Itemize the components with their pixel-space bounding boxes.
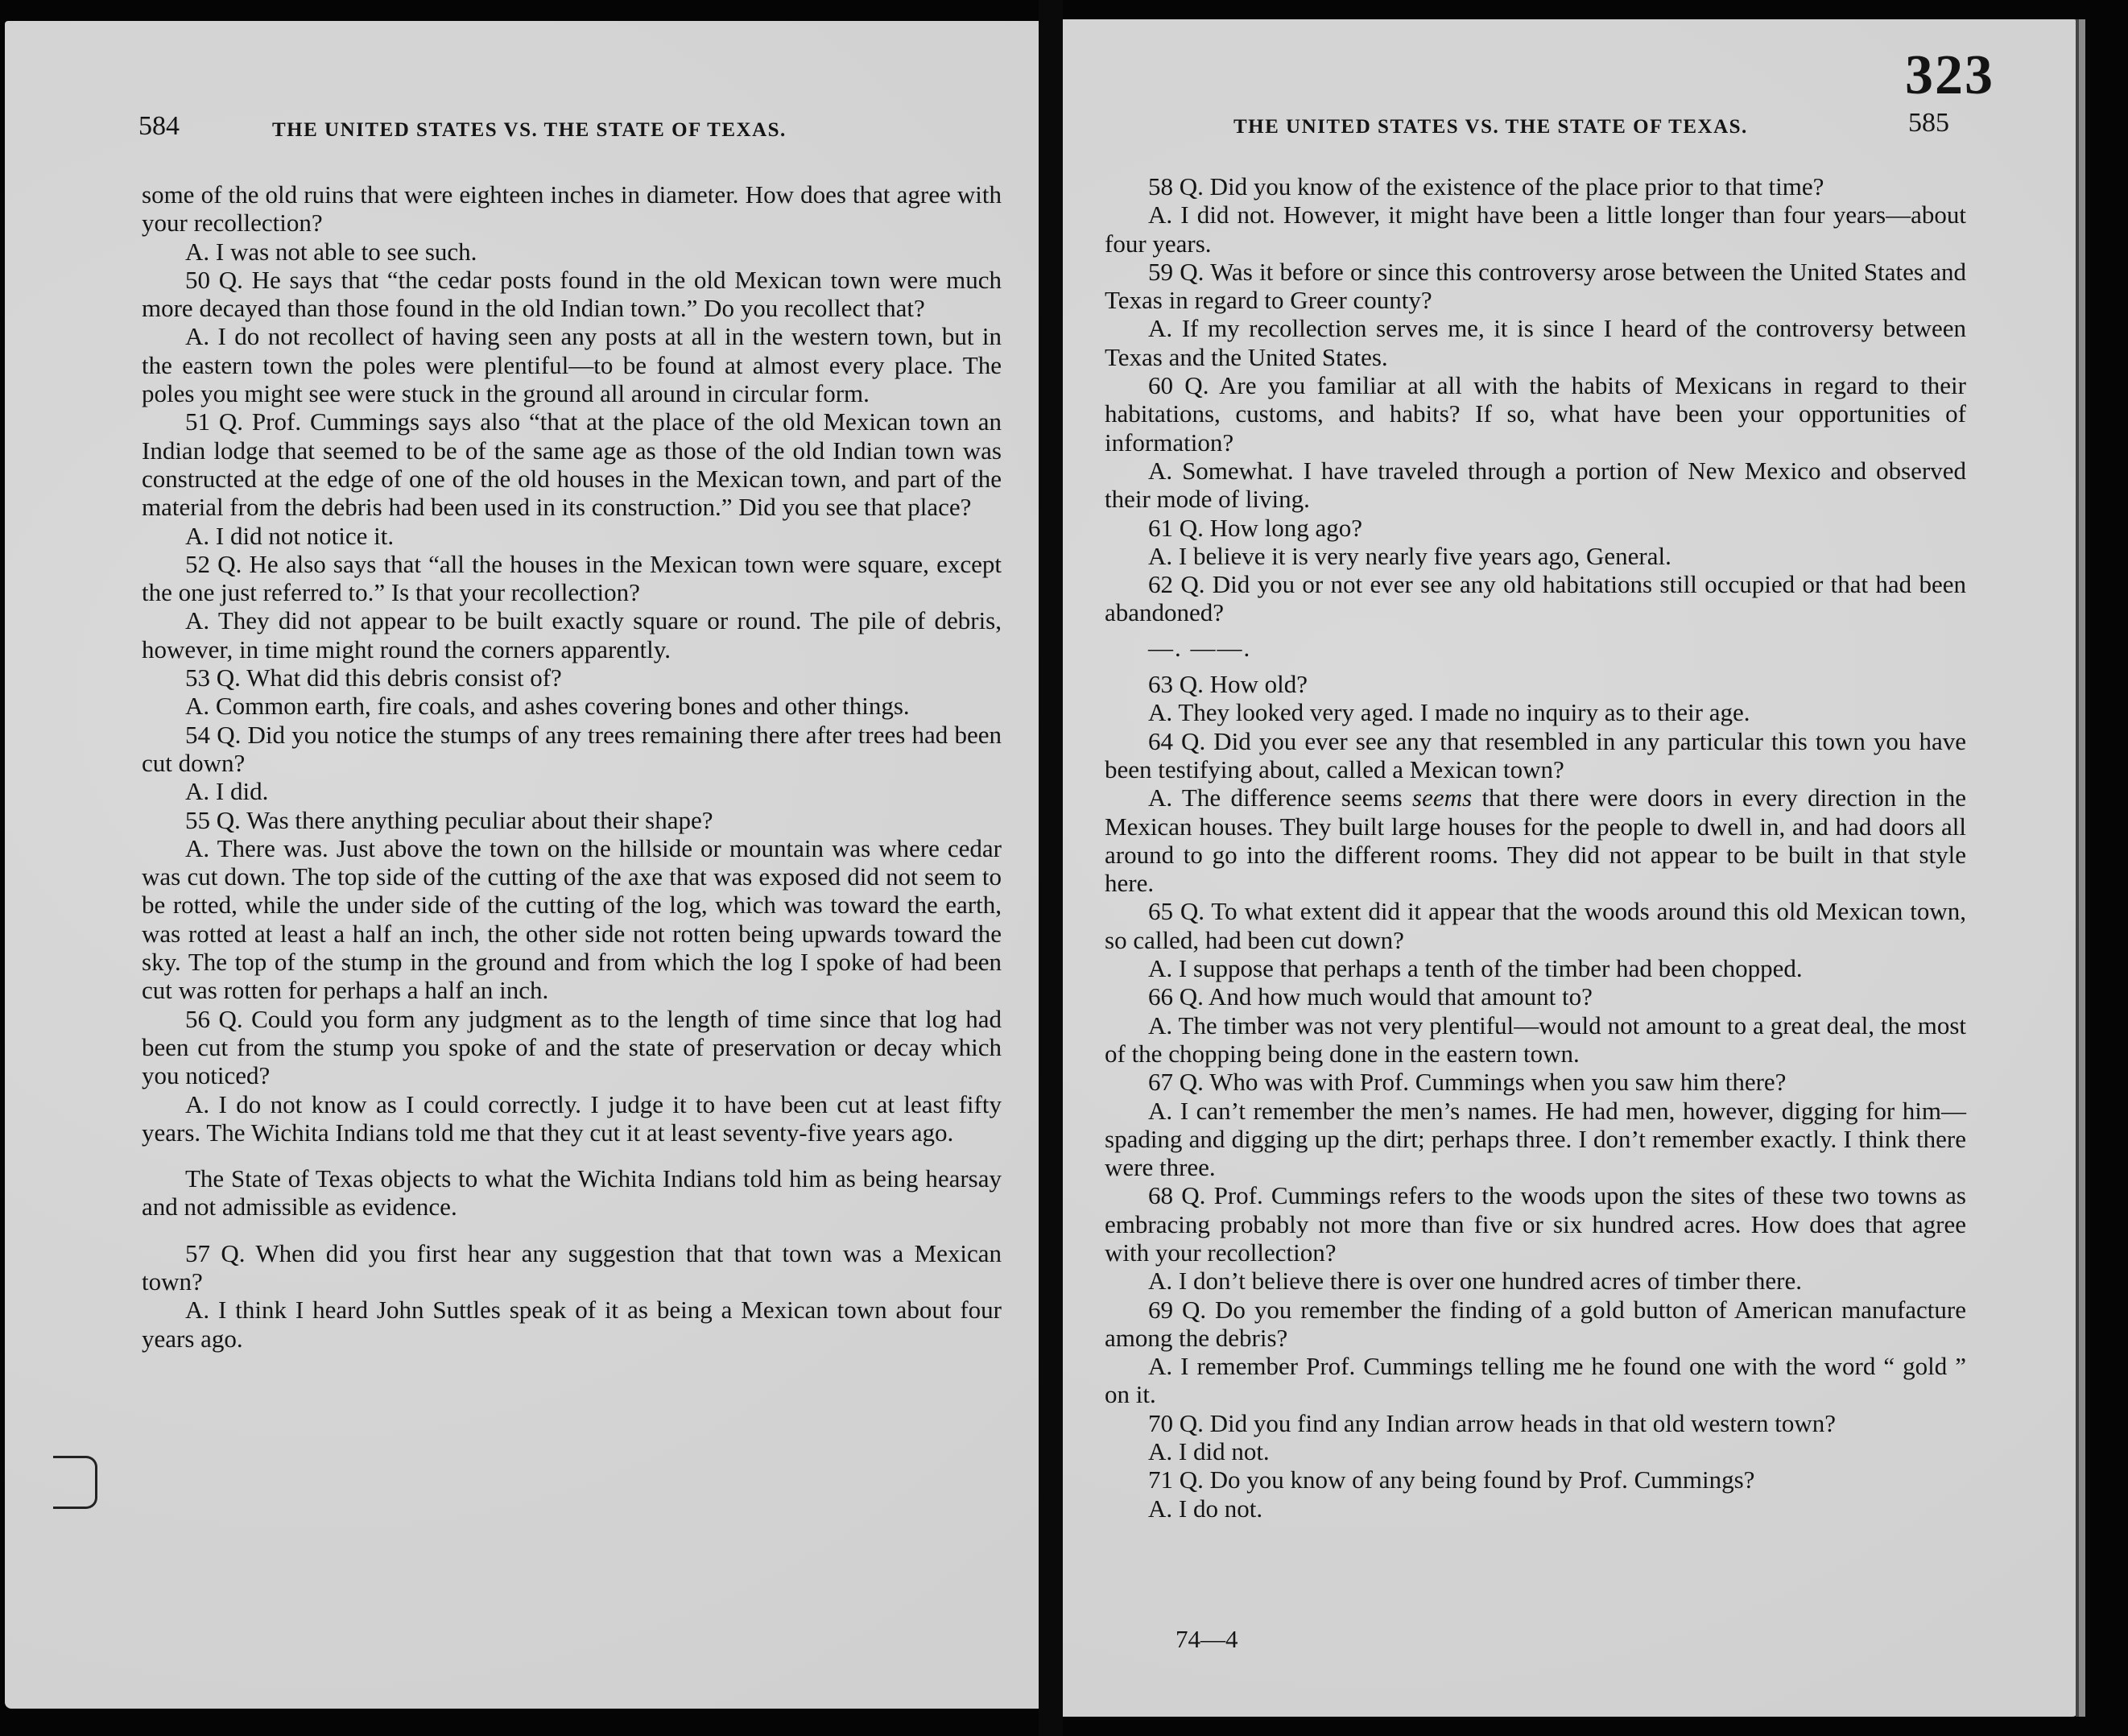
question: 61 Q. How long ago? bbox=[1105, 514, 1966, 542]
left-page: 584 THE UNITED STATES VS. THE STATE OF T… bbox=[5, 21, 1039, 1709]
question: 66 Q. And how much would that amount to? bbox=[1105, 982, 1966, 1011]
answer: A. There was. Just above the town on the… bbox=[142, 834, 1002, 1005]
page-number-right: 585 bbox=[1908, 108, 1949, 138]
answer: A. I don’t believe there is over one hun… bbox=[1105, 1267, 1966, 1295]
question: 58 Q. Did you know of the existence of t… bbox=[1105, 172, 1966, 200]
answer: A. I did not. However, it might have bee… bbox=[1105, 200, 1966, 258]
question: 57 Q. When did you first hear any sugges… bbox=[142, 1239, 1002, 1296]
answer: A. I suppose that perhaps a tenth of the… bbox=[1105, 954, 1966, 982]
question: 69 Q. Do you remember the finding of a g… bbox=[1105, 1296, 1966, 1353]
question: 64 Q. Did you ever see any that resemble… bbox=[1105, 727, 1966, 784]
question: 55 Q. Was there anything peculiar about … bbox=[142, 806, 1002, 834]
italic-correction: seems bbox=[1412, 783, 1472, 812]
left-text-column: some of the old ruins that were eighteen… bbox=[142, 180, 1002, 1353]
paragraph: some of the old ruins that were eighteen… bbox=[142, 180, 1002, 238]
running-head-left: THE UNITED STATES VS. THE STATE OF TEXAS… bbox=[272, 119, 787, 142]
question: 63 Q. How old? bbox=[1105, 670, 1966, 698]
question: 71 Q. Do you know of any being found by … bbox=[1105, 1465, 1966, 1494]
answer: A. The timber was not very plentiful—wou… bbox=[1105, 1011, 1966, 1068]
question: 67 Q. Who was with Prof. Cummings when y… bbox=[1105, 1068, 1966, 1096]
question: 70 Q. Did you find any Indian arrow head… bbox=[1105, 1409, 1966, 1437]
answer: A. They did not appear to be built exact… bbox=[142, 606, 1002, 663]
answer: A. I do not recollect of having seen any… bbox=[142, 322, 1002, 407]
answer: A. I did. bbox=[142, 777, 1002, 805]
answer: A. The difference seems seems that there… bbox=[1105, 783, 1966, 897]
answer: A. I do not. bbox=[1105, 1494, 1966, 1523]
answer: A. They looked very aged. I made no inqu… bbox=[1105, 698, 1966, 726]
question: 53 Q. What did this debris consist of? bbox=[142, 663, 1002, 692]
right-text-column: 58 Q. Did you know of the existence of t… bbox=[1105, 172, 1966, 1523]
blank-answer-dashes: —. ——. bbox=[1105, 634, 1966, 662]
question: 51 Q. Prof. Cummings says also “that at … bbox=[142, 407, 1002, 521]
answer: A. I did not. bbox=[1105, 1437, 1966, 1465]
question: 54 Q. Did you notice the stumps of any t… bbox=[142, 721, 1002, 778]
question: 68 Q. Prof. Cummings refers to the woods… bbox=[1105, 1181, 1966, 1267]
stamped-page-number: 323 bbox=[1905, 43, 1994, 108]
answer: A. I believe it is very nearly five year… bbox=[1105, 542, 1966, 570]
signature-mark: 74—4 bbox=[1176, 1625, 1238, 1654]
answer: A. I did not notice it. bbox=[142, 522, 1002, 550]
question: 50 Q. He says that “the cedar posts foun… bbox=[142, 266, 1002, 323]
right-page: 323 THE UNITED STATES VS. THE STATE OF T… bbox=[1063, 19, 2077, 1717]
page-number-left: 584 bbox=[138, 111, 180, 142]
answer: A. I can’t remember the men’s names. He … bbox=[1105, 1097, 1966, 1182]
answer: A. I remember Prof. Cummings telling me … bbox=[1105, 1352, 1966, 1409]
answer: A. If my recollection serves me, it is s… bbox=[1105, 314, 1966, 371]
question: 59 Q. Was it before or since this contro… bbox=[1105, 258, 1966, 315]
running-head-right: THE UNITED STATES VS. THE STATE OF TEXAS… bbox=[1233, 116, 1748, 138]
answer: A. I do not know as I could correctly. I… bbox=[142, 1090, 1002, 1147]
margin-bracket-annotation bbox=[53, 1456, 97, 1509]
question: 65 Q. To what extent did it appear that … bbox=[1105, 897, 1966, 954]
question: 62 Q. Did you or not ever see any old ha… bbox=[1105, 570, 1966, 627]
answer-text-before: A. The difference seems bbox=[1148, 783, 1412, 812]
answer: A. Somewhat. I have traveled through a p… bbox=[1105, 457, 1966, 514]
answer: A. Common earth, fire coals, and ashes c… bbox=[142, 692, 1002, 720]
book-gutter bbox=[1039, 0, 1063, 1736]
answer: A. I think I heard John Suttles speak of… bbox=[142, 1296, 1002, 1353]
question: 52 Q. He also says that “all the houses … bbox=[142, 550, 1002, 607]
question: 56 Q. Could you form any judgment as to … bbox=[142, 1005, 1002, 1090]
answer: A. I was not able to see such. bbox=[142, 238, 1002, 266]
question: 60 Q. Are you familiar at all with the h… bbox=[1105, 371, 1966, 457]
objection-note: The State of Texas objects to what the W… bbox=[142, 1164, 1002, 1221]
